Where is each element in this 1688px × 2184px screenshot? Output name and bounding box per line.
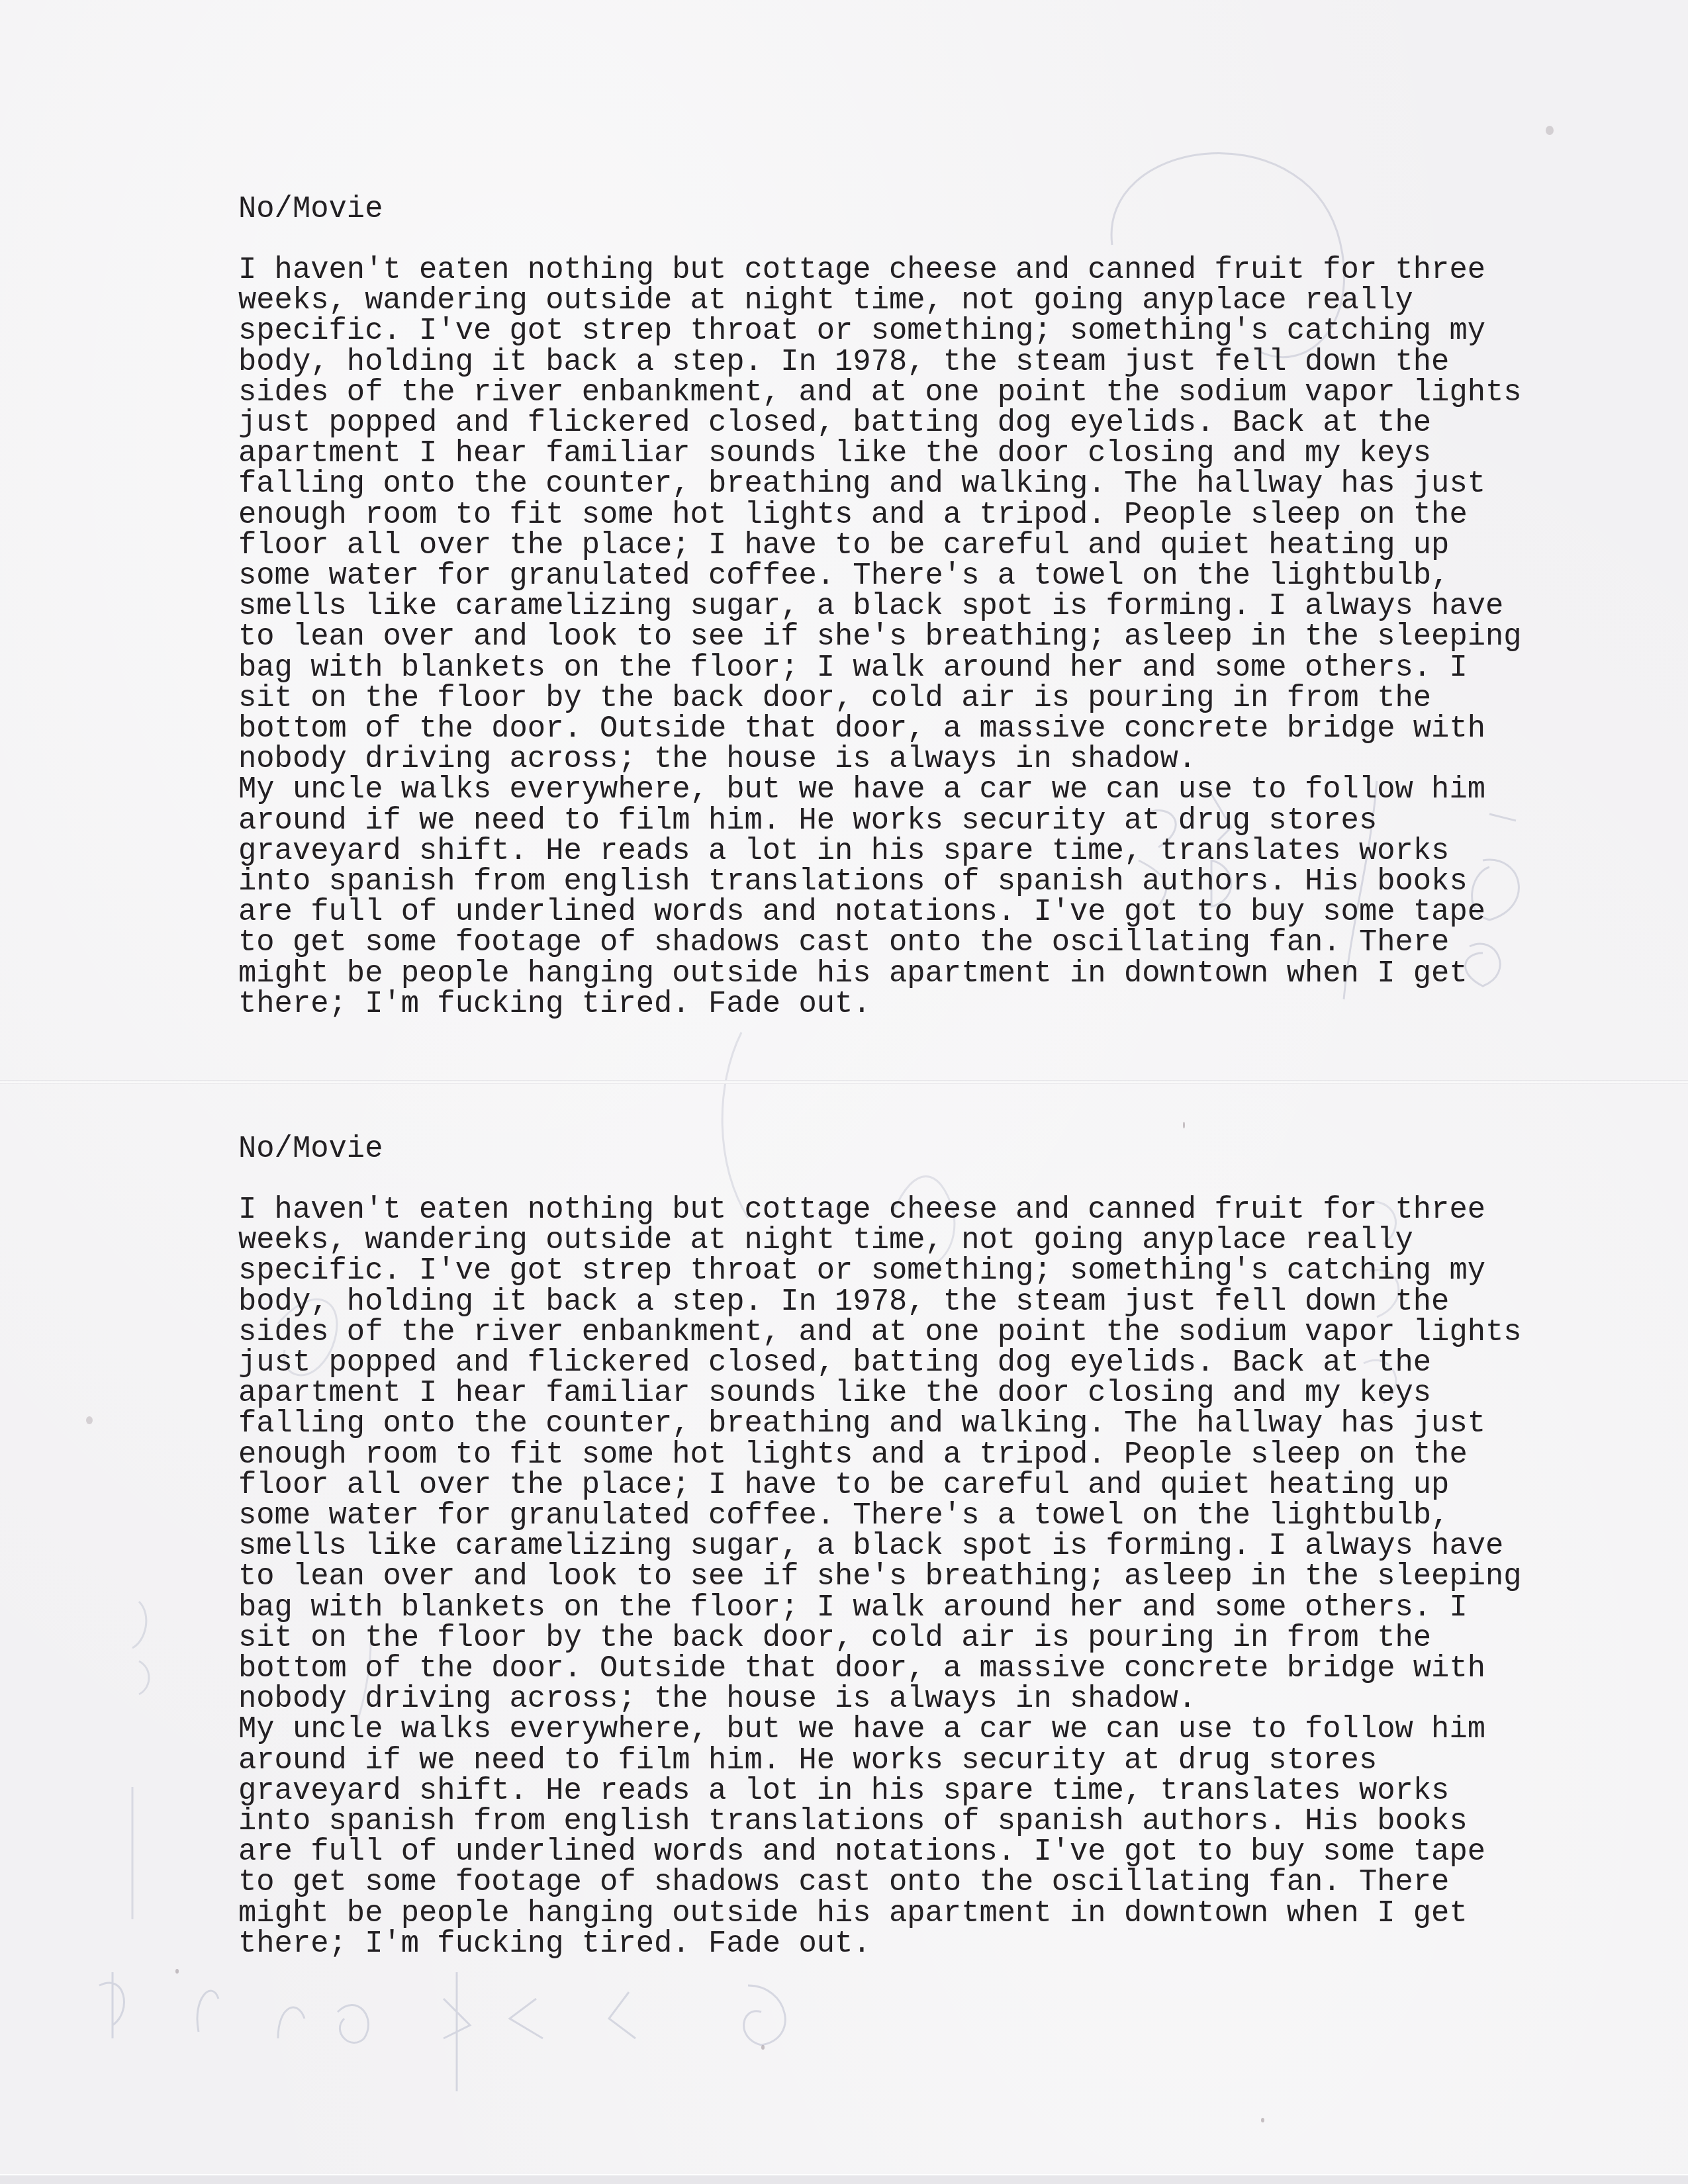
document-copy-1: No/Movie I haven't eaten nothing but cot… xyxy=(238,194,1496,1019)
text-line: body, holding it back a step. In 1978, t… xyxy=(238,347,1496,377)
ink-speck xyxy=(86,1416,93,1424)
text-line: My uncle walks everywhere, but we have a… xyxy=(238,774,1496,805)
text-line: body, holding it back a step. In 1978, t… xyxy=(238,1287,1496,1317)
text-line: sit on the floor by the back door, cold … xyxy=(238,683,1496,713)
text-line: there; I'm fucking tired. Fade out. xyxy=(238,989,1496,1019)
text-line: bottom of the door. Outside that door, a… xyxy=(238,1653,1496,1684)
text-line: enough room to fit some hot lights and a… xyxy=(238,500,1496,530)
text-line: just popped and flickered closed, battin… xyxy=(238,1347,1496,1378)
scan-bottom-edge xyxy=(0,2174,1688,2184)
document-body: I haven't eaten nothing but cottage chee… xyxy=(238,255,1496,1019)
text-line: into spanish from english translations o… xyxy=(238,1806,1496,1837)
text-line: are full of underlined words and notatio… xyxy=(238,1837,1496,1867)
text-line: some water for granulated coffee. There'… xyxy=(238,561,1496,591)
ink-speck xyxy=(175,1969,179,1974)
text-line: floor all over the place; I have to be c… xyxy=(238,530,1496,561)
text-line: My uncle walks everywhere, but we have a… xyxy=(238,1714,1496,1745)
text-line: to get some footage of shadows cast onto… xyxy=(238,1867,1496,1897)
text-line: graveyard shift. He reads a lot in his s… xyxy=(238,1776,1496,1806)
pencil-marks-left-margin xyxy=(113,1588,192,1936)
text-line: weeks, wandering outside at night time, … xyxy=(238,1225,1496,1255)
text-line: might be people hanging outside his apar… xyxy=(238,958,1496,989)
text-line: graveyard shift. He reads a lot in his s… xyxy=(238,836,1496,866)
ink-speck xyxy=(1546,126,1554,135)
ink-speck xyxy=(761,2045,765,2050)
ink-speck xyxy=(1261,2118,1264,2122)
text-line: there; I'm fucking tired. Fade out. xyxy=(238,1929,1496,1959)
document-heading: No/Movie xyxy=(238,1134,1496,1164)
text-line: to lean over and look to see if she's br… xyxy=(238,1561,1496,1592)
text-line: falling onto the counter, breathing and … xyxy=(238,1408,1496,1439)
text-line: specific. I've got strep throat or somet… xyxy=(238,316,1496,346)
text-line: sides of the river enbankment, and at on… xyxy=(238,1317,1496,1347)
text-line: bag with blankets on the floor; I walk a… xyxy=(238,1592,1496,1623)
text-line: bottom of the door. Outside that door, a… xyxy=(238,713,1496,744)
text-line: to get some footage of shadows cast onto… xyxy=(238,927,1496,958)
text-line: some water for granulated coffee. There'… xyxy=(238,1500,1496,1531)
text-line: smells like caramelizing sugar, a black … xyxy=(238,591,1496,621)
paper-fold-crease xyxy=(0,1080,1688,1084)
text-line: around if we need to film him. He works … xyxy=(238,805,1496,836)
text-line: to lean over and look to see if she's br… xyxy=(238,621,1496,652)
scanned-paper: No/Movie I haven't eaten nothing but cot… xyxy=(0,0,1688,2184)
text-line: I haven't eaten nothing but cottage chee… xyxy=(238,1195,1496,1225)
document-heading: No/Movie xyxy=(238,194,1496,224)
pencil-marks-bottom xyxy=(86,1959,1013,2108)
document-copy-2: No/Movie I haven't eaten nothing but cot… xyxy=(238,1134,1496,1959)
text-line: sides of the river enbankment, and at on… xyxy=(238,377,1496,408)
text-line: apartment I hear familiar sounds like th… xyxy=(238,1378,1496,1408)
document-body: I haven't eaten nothing but cottage chee… xyxy=(238,1195,1496,1959)
text-line: nobody driving across; the house is alwa… xyxy=(238,1684,1496,1714)
text-line: weeks, wandering outside at night time, … xyxy=(238,285,1496,316)
ink-speck xyxy=(1183,1122,1185,1128)
text-line: bag with blankets on the floor; I walk a… xyxy=(238,653,1496,683)
text-line: are full of underlined words and notatio… xyxy=(238,897,1496,927)
text-line: floor all over the place; I have to be c… xyxy=(238,1470,1496,1500)
text-line: smells like caramelizing sugar, a black … xyxy=(238,1531,1496,1561)
text-line: apartment I hear familiar sounds like th… xyxy=(238,438,1496,469)
text-line: around if we need to film him. He works … xyxy=(238,1745,1496,1776)
text-line: sit on the floor by the back door, cold … xyxy=(238,1623,1496,1653)
text-line: I haven't eaten nothing but cottage chee… xyxy=(238,255,1496,285)
text-line: enough room to fit some hot lights and a… xyxy=(238,1439,1496,1470)
text-line: nobody driving across; the house is alwa… xyxy=(238,744,1496,774)
text-line: just popped and flickered closed, battin… xyxy=(238,408,1496,438)
text-line: specific. I've got strep throat or somet… xyxy=(238,1255,1496,1286)
text-line: falling onto the counter, breathing and … xyxy=(238,469,1496,499)
text-line: might be people hanging outside his apar… xyxy=(238,1898,1496,1929)
text-line: into spanish from english translations o… xyxy=(238,866,1496,897)
